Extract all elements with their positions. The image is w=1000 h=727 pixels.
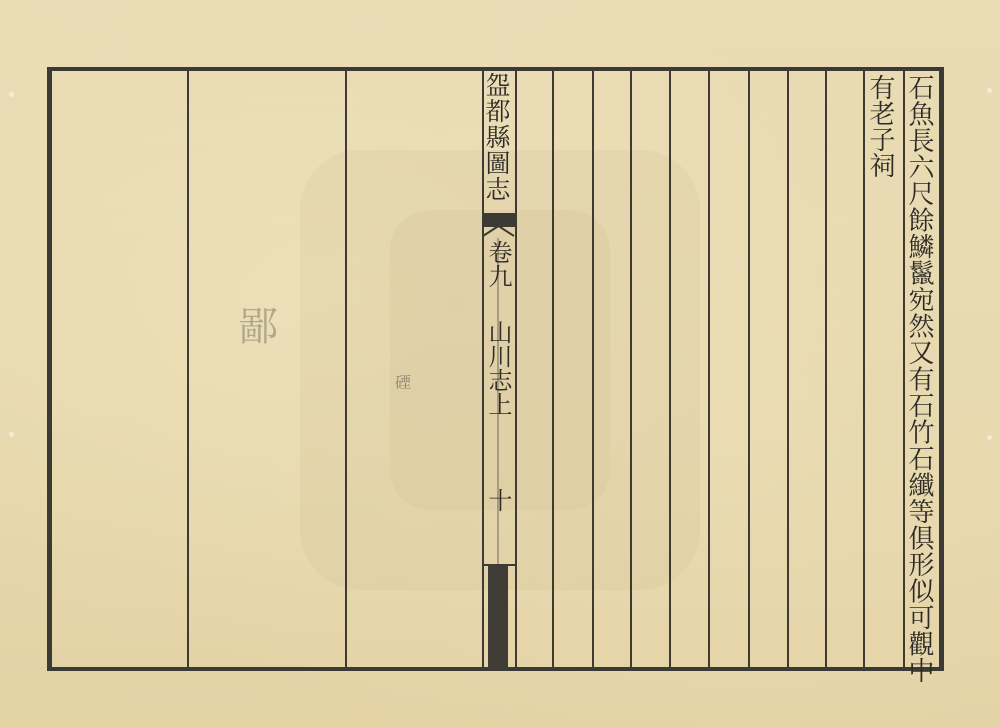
binding-hole: [987, 88, 992, 93]
banxin-rule-right: [515, 71, 517, 668]
faded-mark: 䃌: [395, 370, 411, 393]
binding-hole: [9, 92, 14, 97]
banxin-page-number: 十: [486, 488, 510, 512]
banxin-book-title: 盌都縣圖志: [484, 72, 509, 202]
column-rule: [187, 71, 189, 668]
black-mouth-bar: [488, 566, 508, 671]
column-rule: [592, 71, 594, 668]
binding-hole: [9, 432, 14, 437]
banxin-section: 山川志上: [486, 320, 510, 416]
column-rule: [825, 71, 827, 668]
fishtail-chevron-icon: [482, 222, 515, 238]
column-rule: [630, 71, 632, 668]
column-rule: [669, 71, 671, 668]
column-rule: [787, 71, 789, 668]
banxin-volume: 卷九: [486, 240, 510, 288]
text-column-1: 石魚長六尺餘鱗鬣宛然又有石竹石纖等俱形似可觀中: [906, 74, 932, 684]
binding-hole: [987, 435, 992, 440]
text-column-2: 有老子祠: [867, 74, 893, 178]
faded-stamp: 鄙: [238, 295, 278, 352]
column-rule: [552, 71, 554, 668]
column-rule: [708, 71, 710, 668]
column-rule: [748, 71, 750, 668]
column-rule: [345, 71, 347, 668]
